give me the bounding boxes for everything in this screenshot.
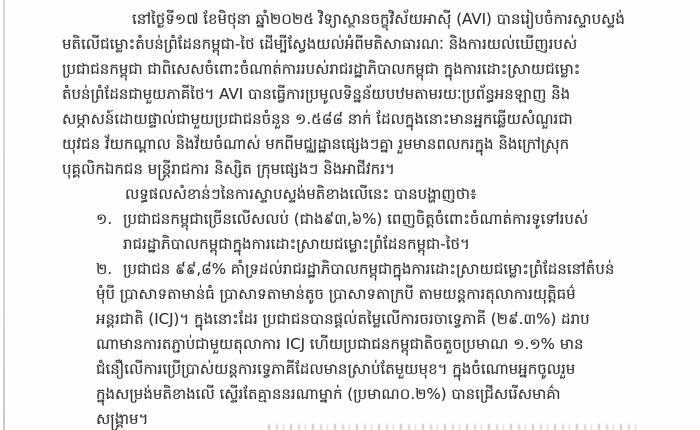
text-line: អន្តរជាតិ (ICJ)។ ក្នុងនោះដែរ ប្រជាជនបានផ… [96, 307, 662, 332]
text-line: រាជរដ្ឋាភិបាលកម្ពុជាក្នុងការដោះស្រាយជម្ល… [96, 232, 662, 257]
text-line: ណាមានការតភ្ជាប់ជាមួយតុលាការ ICJ ហើយប្រជា… [96, 332, 662, 357]
text-line: ប្រជាជនកម្ពុជា ជាពិសេសចំពោះចំណាត់ការរបស់… [62, 57, 662, 82]
text-line: ១.ប្រជាជនកម្ពុជាច្រើនលើសលប់ (ជាង៩៣,៦%) ព… [96, 207, 662, 232]
finding-item-1: ១.ប្រជាជនកម្ពុជាច្រើនលើសលប់ (ជាង៩៣,៦%) ព… [96, 207, 662, 257]
list-item-text: ប្រជាជន ៩៩,៨% គាំទ្រដល់រាជរដ្ឋាភិបាលកម្ព… [123, 260, 614, 278]
paragraph-intro: នៅថ្ងៃទី១៧ ខែមិថុនា ឆ្នាំ២០២៥ វិទ្យាស្ថា… [62, 7, 662, 182]
page-edge-line [3, 0, 5, 430]
findings-list: ១.ប្រជាជនកម្ពុជាច្រើនលើសលប់ (ជាង៩៣,៦%) ព… [96, 207, 662, 430]
document-content: នៅថ្ងៃទី១៧ ខែមិថុនា ឆ្នាំ២០២៥ វិទ្យាស្ថា… [62, 7, 662, 430]
text-line: បុគ្គលិកឯកជន មន្ត្រីរាជការ និស្សិត ក្រុម… [62, 157, 662, 182]
finding-item-2: ២.ប្រជាជន ៩៩,៨% គាំទ្រដល់រាជរដ្ឋាភិបាលកម… [96, 257, 662, 430]
text-line: សម្ភាសន៍ដោយផ្ទាល់ជាមួយប្រជាជនចំនួន ១.៥៨៨… [62, 107, 662, 132]
text-line: ជំនឿលើការប្រើប្រាស់យន្តការទ្វេភាគីដែលមាន… [96, 357, 662, 382]
text-line: ក្នុងសម្រង់មតិខាងលើ ស្ទើរតែគ្មាននរណាម្នា… [96, 382, 662, 407]
text-line: នៅថ្ងៃទី១៧ ខែមិថុនា ឆ្នាំ២០២៥ វិទ្យាស្ថា… [62, 7, 662, 32]
list-number: ២. [96, 257, 123, 282]
list-item-text: ប្រជាជនកម្ពុជាច្រើនលើសលប់ (ជាង៩៣,៦%) ពេញ… [123, 210, 588, 228]
cut-off-next-line [268, 424, 638, 430]
text-line: លទ្ធផលសំខាន់ៗនៃការស្ទាបស្ទង់មតិខាងលើនេះ … [62, 182, 662, 207]
text-line: ២.ប្រជាជន ៩៩,៨% គាំទ្រដល់រាជរដ្ឋាភិបាលកម… [96, 257, 662, 282]
text-line: តំបន់ព្រំដែនជាមួយភាគីថៃ។ AVI បានធ្វើការប… [62, 82, 662, 107]
text-line: យុវជន វ័យកណ្តាល និងវ័យចំណាស់ មកពីមជ្ឈដ្ឋ… [62, 132, 662, 157]
paragraph-results-lead: លទ្ធផលសំខាន់ៗនៃការស្ទាបស្ទង់មតិខាងលើនេះ … [62, 182, 662, 207]
text-line: មុំបី ប្រាសាទតាមាន់ធំ ប្រាសាទតាមាន់តូច ប… [96, 282, 662, 307]
document-page: នៅថ្ងៃទី១៧ ខែមិថុនា ឆ្នាំ២០២៥ វិទ្យាស្ថា… [0, 0, 700, 430]
text-line: មតិលើជម្លោះតំបន់ព្រំដែនកម្ពុជា-ថៃ ដើម្បី… [62, 32, 662, 57]
list-number: ១. [96, 207, 123, 232]
